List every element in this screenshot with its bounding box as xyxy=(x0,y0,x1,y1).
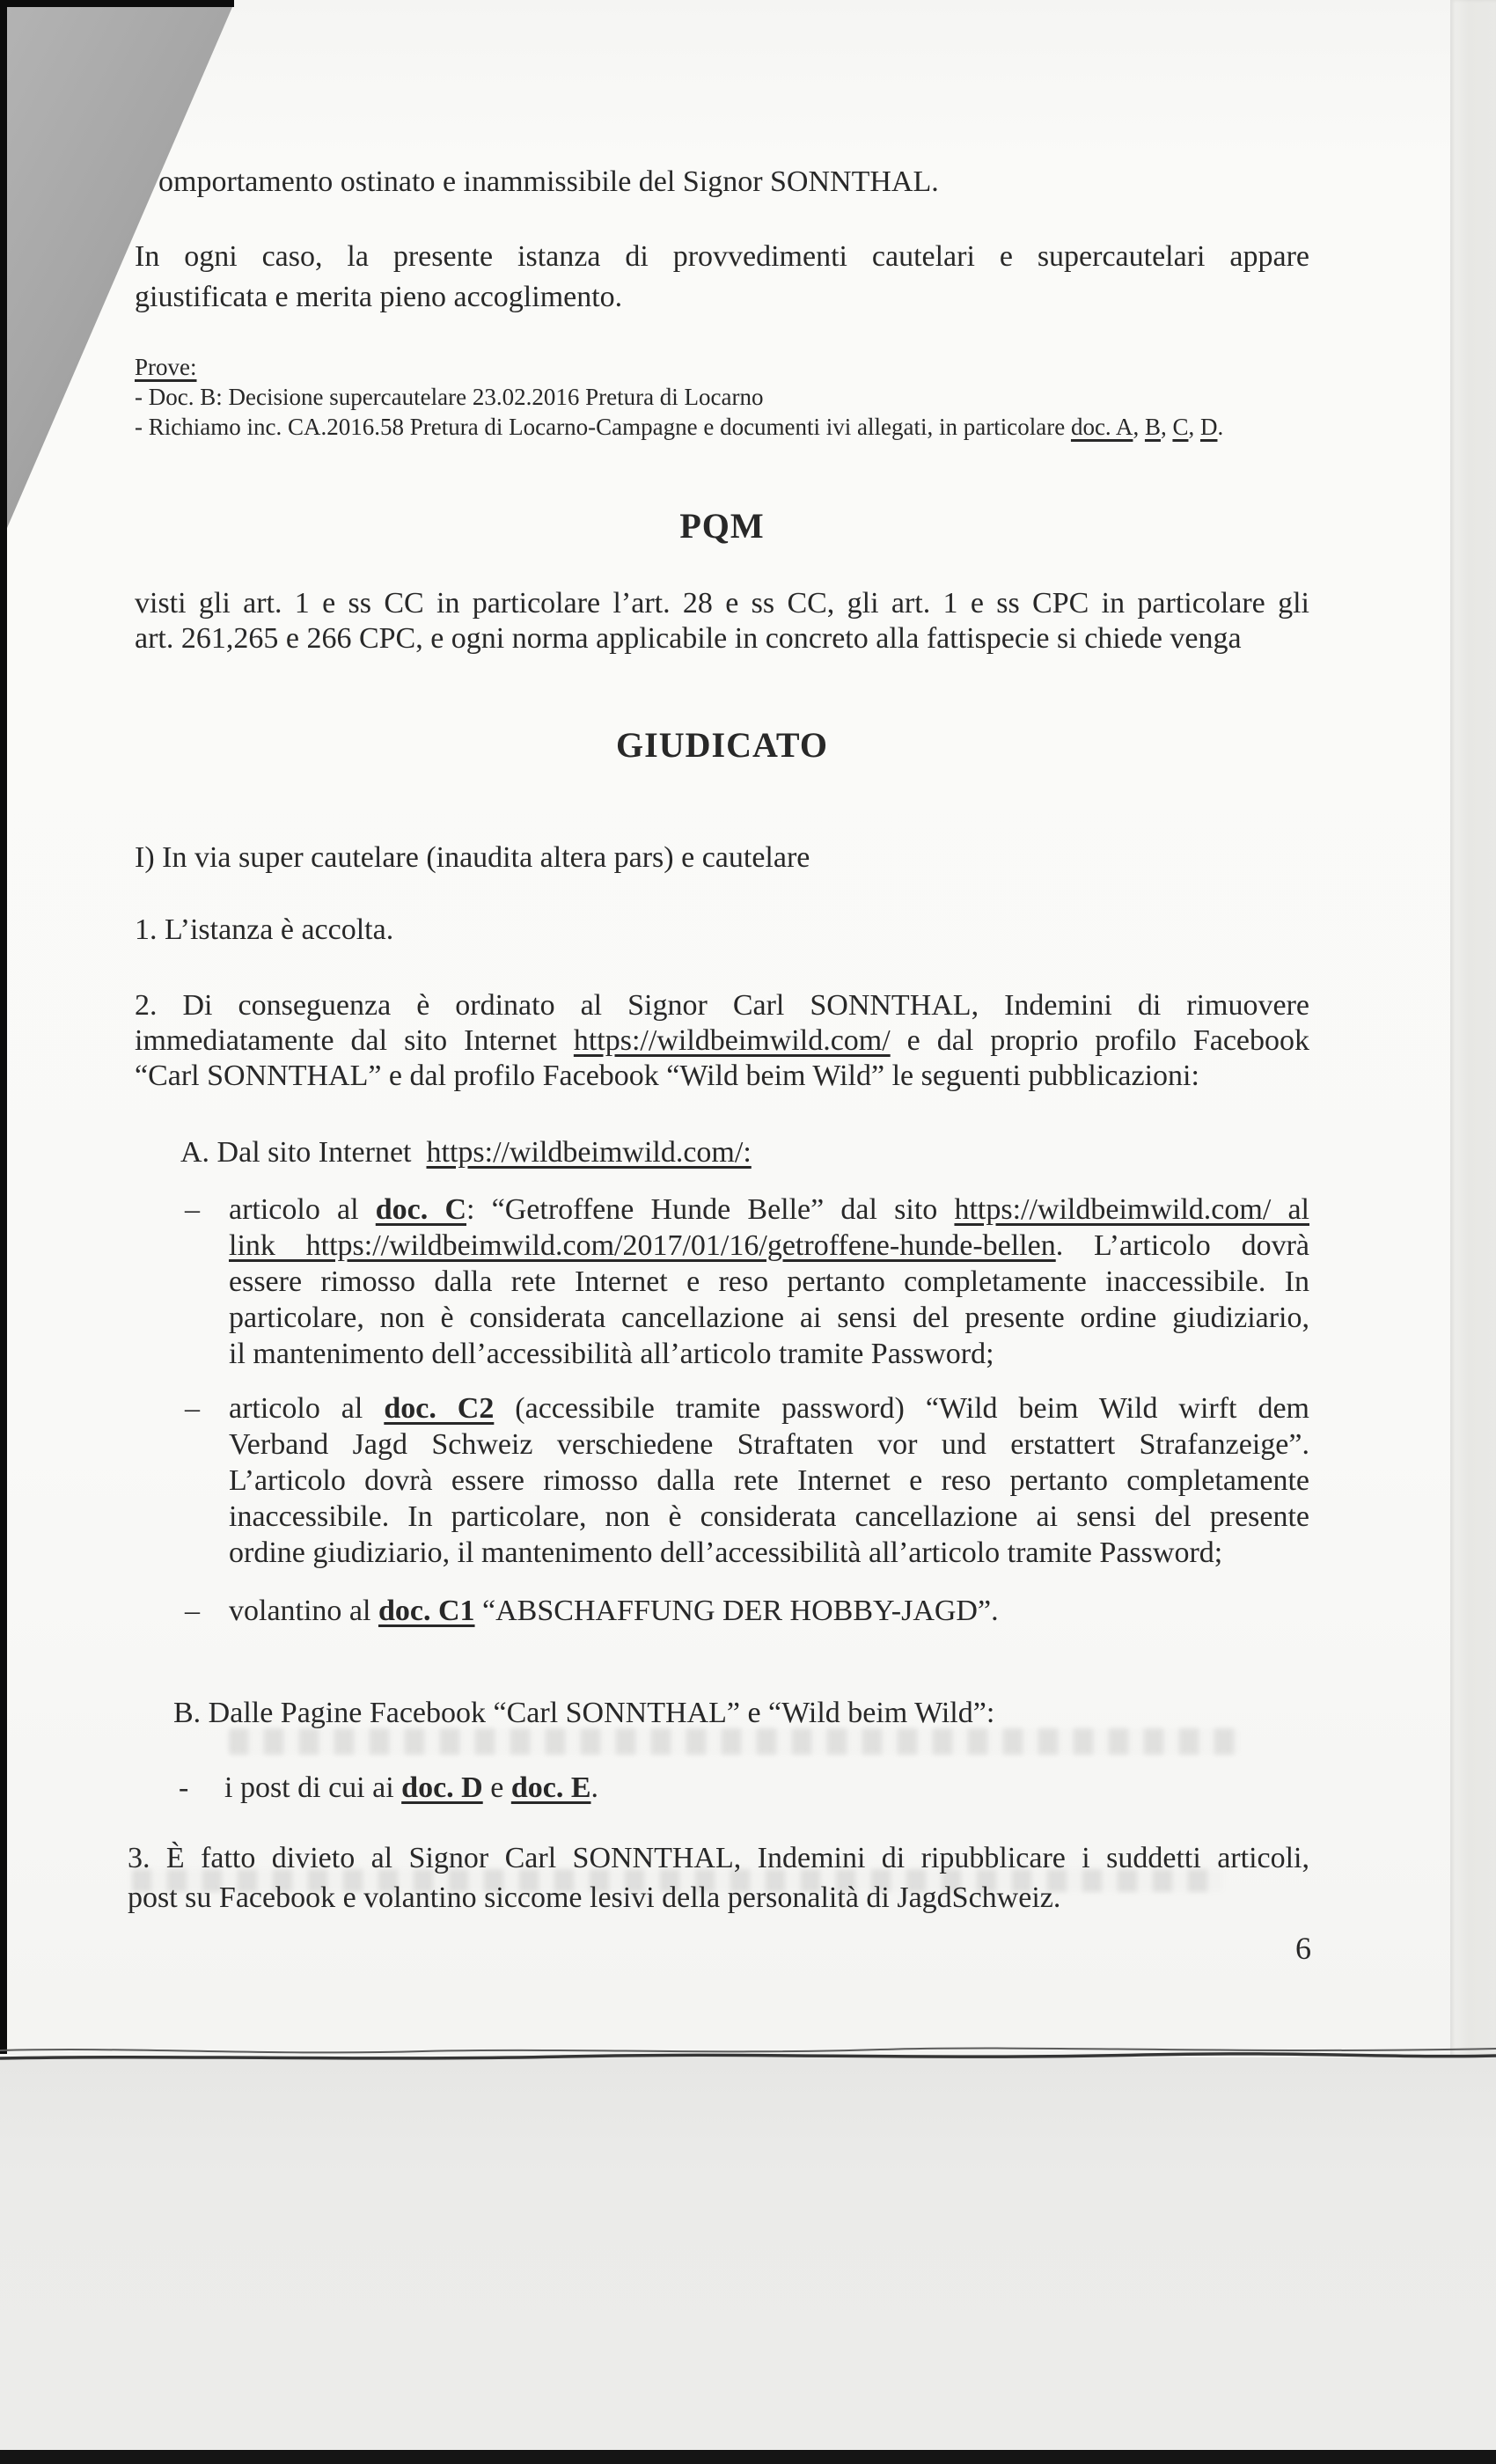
paragraph-in-ogni-caso: In ogni caso, la presente istanza di pro… xyxy=(135,237,1309,318)
text-line: volantino al doc. C1 “ABSCHAFFUNG DER HO… xyxy=(229,1593,1309,1629)
scan-border-left xyxy=(0,0,7,2054)
paragraph-cutoff-line: omportamento ostinato e inammissibile de… xyxy=(158,162,1309,202)
scan-border-bottom xyxy=(0,2450,1496,2464)
text-line: In ogni caso, la presente istanza di pro… xyxy=(135,237,1309,277)
text-line: immediatamente dal sito Internet https:/… xyxy=(135,1023,1309,1059)
text-line: 3. È fatto divieto al Signor Carl SONNTH… xyxy=(128,1838,1309,1878)
bullet-doc-d-e: - i post di cui ai doc. D e doc. E. xyxy=(179,1770,1309,1806)
text-line: i post di cui ai doc. D e doc. E. xyxy=(224,1770,1309,1806)
underlying-page xyxy=(0,2057,1496,2450)
scanned-legal-document-page: omportamento ostinato e inammissibile de… xyxy=(0,0,1496,2464)
text-line: articolo al doc. C2 (accessibile tramite… xyxy=(229,1390,1309,1426)
item-2-ordine: 2. Di conseguenza è ordinato al Signor C… xyxy=(135,988,1309,1094)
item-roman-one: I) In via super cautelare (inaudita alte… xyxy=(135,840,1309,876)
bullet-doc-c: – articolo al doc. C: “Getroffene Hunde … xyxy=(185,1192,1309,1372)
dash-bullet-icon: – xyxy=(185,1390,200,1426)
text-line: “Carl SONNTHAL” e dal profilo Facebook “… xyxy=(135,1059,1309,1094)
scanner-right-edge xyxy=(1450,0,1496,2057)
text-line: il mantenimento dell’accessibilità all’a… xyxy=(229,1336,1309,1372)
page-edge-lines xyxy=(0,2042,1496,2072)
text-line: link https://wildbeimwild.com/2017/01/16… xyxy=(229,1228,1309,1264)
text-line: ordine giudiziario, il mantenimento dell… xyxy=(229,1535,1309,1571)
text-line: inaccessibile. In particolare, non è con… xyxy=(229,1499,1309,1535)
heading-giudicato: GIUDICATO xyxy=(135,724,1309,766)
prove-label: Prove: xyxy=(135,352,1309,382)
item-b-pagine-facebook: B. Dalle Pagine Facebook “Carl SONNTHAL”… xyxy=(173,1695,1309,1731)
item-1-istanza: 1. L’istanza è accolta. xyxy=(135,912,1309,948)
item-3-divieto: 3. È fatto divieto al Signor Carl SONNTH… xyxy=(128,1838,1309,1918)
text-line: post su Facebook e volantino siccome les… xyxy=(128,1878,1309,1918)
prove-richiamo: - Richiamo inc. CA.2016.58 Pretura di Lo… xyxy=(135,412,1309,442)
page-number: 6 xyxy=(1214,1930,1311,1967)
text-line: Verband Jagd Schweiz verschiedene Straft… xyxy=(229,1426,1309,1463)
text-line: articolo al doc. C: “Getroffene Hunde Be… xyxy=(229,1192,1309,1228)
dash-bullet-icon: – xyxy=(185,1192,200,1228)
bleed-through-artifact xyxy=(229,1728,1241,1755)
item-a-sito-internet: A. Dal sito Internet https://wildbeimwil… xyxy=(180,1134,1309,1170)
bullet-doc-c1: – volantino al doc. C1 “ABSCHAFFUNG DER … xyxy=(185,1593,1309,1629)
text-line: essere rimosso dalla rete Internet e res… xyxy=(229,1264,1309,1300)
heading-pqm: PQM xyxy=(135,505,1309,547)
dash-bullet-icon: - xyxy=(179,1770,188,1806)
text-line: visti gli art. 1 e ss CC in particolare … xyxy=(135,586,1309,621)
scan-border-top xyxy=(0,0,234,7)
text-line: art. 261,265 e 266 CPC, e ogni norma app… xyxy=(135,621,1309,656)
dash-bullet-icon: – xyxy=(185,1593,200,1629)
text-line: 2. Di conseguenza è ordinato al Signor C… xyxy=(135,988,1309,1023)
text-line: L’articolo dovrà essere rimosso dalla re… xyxy=(229,1463,1309,1499)
prove-doc-b: - Doc. B: Decisione supercautelare 23.02… xyxy=(135,382,1309,412)
prove-section: Prove: - Doc. B: Decisione supercautelar… xyxy=(135,352,1309,442)
paragraph-visti: visti gli art. 1 e ss CC in particolare … xyxy=(135,586,1309,656)
text-line: particolare, non è considerata cancellaz… xyxy=(229,1300,1309,1336)
bullet-doc-c2: – articolo al doc. C2 (accessibile trami… xyxy=(185,1390,1309,1571)
text-line: giustificata e merita pieno accoglimento… xyxy=(135,277,1309,318)
